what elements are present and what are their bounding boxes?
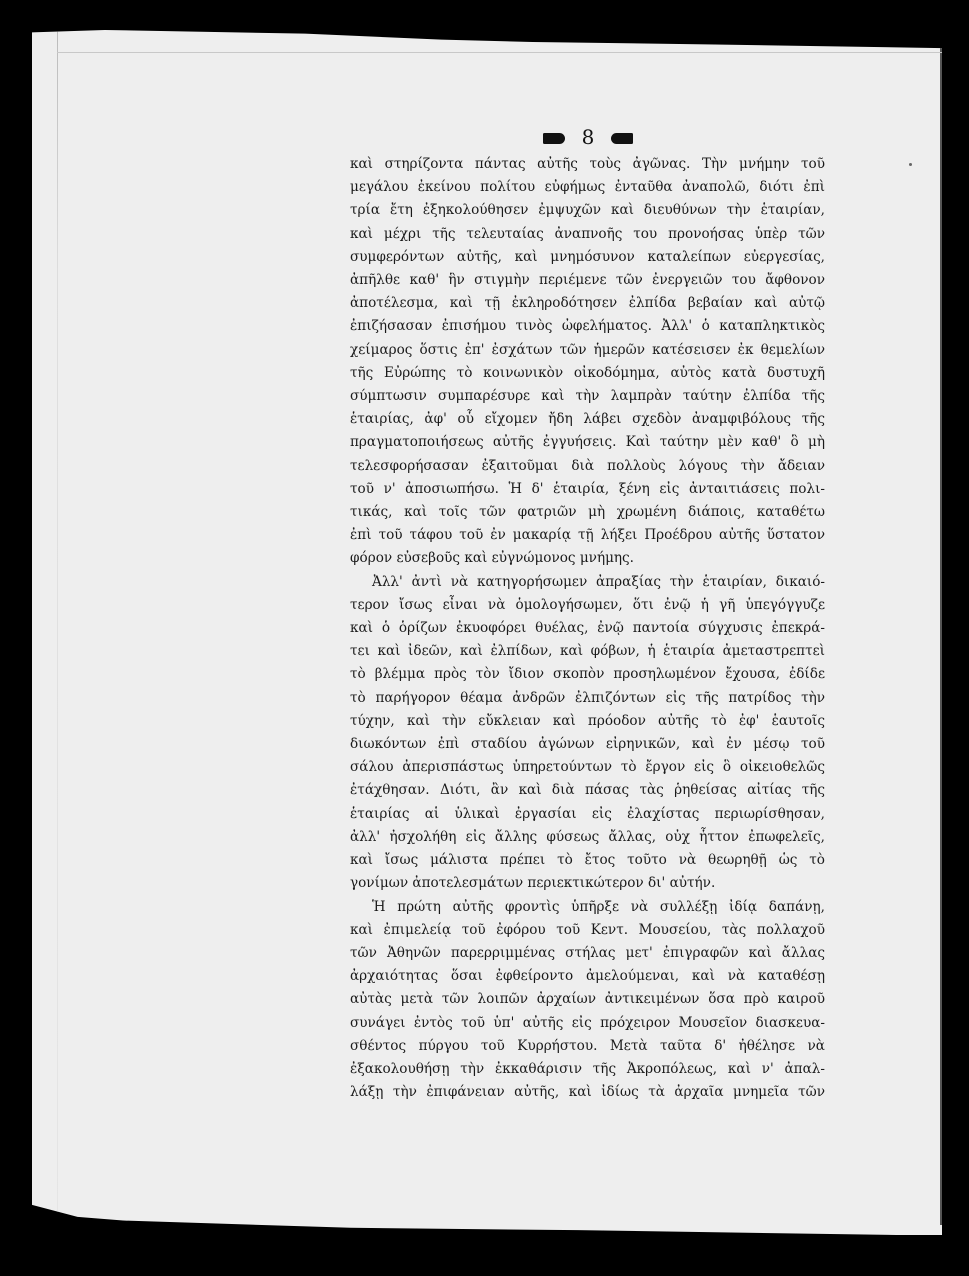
text-line: ἀλλ' ἠσχολήθη εἰς ἄλλης φύσεως ἄλλας, οὐ…: [350, 826, 825, 849]
body-text: καὶ στηρίζοντα πάντας αὐτῆς τοὺς ἀγῶνας.…: [350, 153, 825, 1104]
text-line: τοῦ ν' ἀποσιωπήσω. Ἡ δ' ἑταιρία, ξένη εἰ…: [350, 478, 825, 501]
text-line: συνάγει ἐντὸς τοῦ ὑπ' αὐτῆς εἰς πρόχειρο…: [350, 1012, 825, 1035]
text-line: ἀρχαιότητας ὅσαι ἐφθείροντο ἀμελούμεναι,…: [350, 965, 825, 988]
text-line: πραγματοποιήσεως αὐτῆς ἐγγυήσεις. Καὶ τα…: [350, 431, 825, 454]
right-ornament-icon: [611, 133, 633, 144]
text-line: αὐτὰς μετὰ τῶν λοιπῶν ἀρχαίων ἀντικειμέν…: [350, 988, 825, 1011]
text-line: τει καὶ ἰδεῶν, καὶ ἐλπίδων, καὶ φόβων, ἡ…: [350, 640, 825, 663]
text-line: σάλου ἀπερισπάστως ὑπηρετούντων τὸ ἔργον…: [350, 756, 825, 779]
text-line: φόρον εὐσεβοῦς καὶ εὐγνώμονος μνήμης.: [350, 547, 825, 570]
text-line: ἐπὶ τοῦ τάφου τοῦ ἐν μακαρίᾳ τῇ λήξει Πρ…: [350, 524, 825, 547]
text-line: τερον ἴσως εἶναι νὰ ὁμολογήσωμεν, ὅτι ἐν…: [350, 594, 825, 617]
text-line: ἑταιρίας αἱ ὑλικαὶ ἐργασίαι εἰς ἐλαχίστα…: [350, 803, 825, 826]
text-line: διωκόντων ἐπὶ σταδίου ἀγώνων εἰρηνικῶν, …: [350, 733, 825, 756]
text-line: σύμπτωσιν συμπαρέσυρε καὶ τὴν λαμπρὰν τα…: [350, 385, 825, 408]
text-line: καὶ στηρίζοντα πάντας αὐτῆς τοὺς ἀγῶνας.…: [350, 153, 825, 176]
text-line: ἀποτέλεσμα, καὶ τῇ ἐκληροδότησεν ἐλπίδα …: [350, 292, 825, 315]
text-line: ἐτάχθησαν. Διότι, ἂν καὶ διὰ πάσας τὰς ῥ…: [350, 779, 825, 802]
text-line: καὶ ὁ ὁρίζων ἐκυοφόρει θυέλας, ἐνῷ παντο…: [350, 617, 825, 640]
page-number: 8: [582, 125, 595, 149]
page-header: 8: [528, 125, 648, 149]
page-edge: [940, 40, 942, 1225]
text-line: τὸ βλέμμα πρὸς τὸν ἴδιον σκοπὸν προσηλωμ…: [350, 663, 825, 686]
text-line: καὶ μέχρι τῆς τελευταίας ἀναπνοῆς του πρ…: [350, 223, 825, 246]
text-line: καὶ ἐπιμελείᾳ τοῦ ἐφόρου τοῦ Κεντ. Μουσε…: [350, 919, 825, 942]
text-line: τὸ παρήγορον θέαμα ἀνδρῶν ἐλπιζόντων εἰς…: [350, 687, 825, 710]
text-line: ἀπῆλθε καθ' ἣν στιγμὴν περιέμενε τῶν ἐνε…: [350, 269, 825, 292]
text-line: μεγάλου ἐκείνου πολίτου εὐφήμως ἐνταῦθα …: [350, 176, 825, 199]
text-line: τύχην, καὶ τὴν εὔκλειαν καὶ πρόοδον αὐτῆ…: [350, 710, 825, 733]
text-line: τῶν Ἀθηνῶν παρερριμμένας στήλας μετ' ἐπι…: [350, 942, 825, 965]
text-line: Ἡ πρώτη αὐτῆς φροντὶς ὑπῆρξε νὰ συλλέξῃ …: [350, 896, 825, 919]
text-line: συμφερόντων αὐτῆς, καὶ μνημόσυνον καταλε…: [350, 246, 825, 269]
text-line: ἐξακολουθήσῃ τὴν ἐκκαθάρισιν τῆς Ἀκροπόλ…: [350, 1058, 825, 1081]
text-line: τελεσφορήσασαν ἐξαιτοῦμαι διὰ πολλοὺς λό…: [350, 455, 825, 478]
text-line: χείμαρος ὅστις ἐπ' ἐσχάτων τῶν ἡμερῶν κα…: [350, 339, 825, 362]
text-line: λάξῃ τὴν ἐπιφάνειαν αὐτῆς, καὶ ἰδίως τὰ …: [350, 1081, 825, 1104]
speck: [909, 163, 912, 166]
text-line: σθέντος πύργου τοῦ Κυρρήστου. Μετὰ ταῦτα…: [350, 1035, 825, 1058]
text-line: τῆς Εὐρώπης τὸ κοινωνικὸν οἰκοδόμημα, αὐ…: [350, 362, 825, 385]
left-ornament-icon: [543, 133, 565, 144]
text-line: ἐπιζήσασαν ἐπισήμου τινὸς ὠφελήματος. Ἀλ…: [350, 315, 825, 338]
text-line: Ἀλλ' ἀντὶ νὰ κατηγορήσωμεν ἀπραξίας τὴν …: [350, 571, 825, 594]
text-line: γονίμων ἀποτελεσμάτων περιεκτικώτερον δι…: [350, 872, 825, 895]
text-line: ἑταιρίας, ἀφ' οὗ εἴχομεν ἤδη λάβει σχεδὸ…: [350, 408, 825, 431]
text-line: καὶ ἴσως μάλιστα πρέπει τὸ ἔτος τοῦτο νὰ…: [350, 849, 825, 872]
text-line: τικάς, καὶ τοῖς τῶν φατριῶν μὴ χρωμένη δ…: [350, 501, 825, 524]
text-line: τρία ἔτη ἐξηκολούθησεν ἐμψυχῶν καὶ διευθ…: [350, 199, 825, 222]
